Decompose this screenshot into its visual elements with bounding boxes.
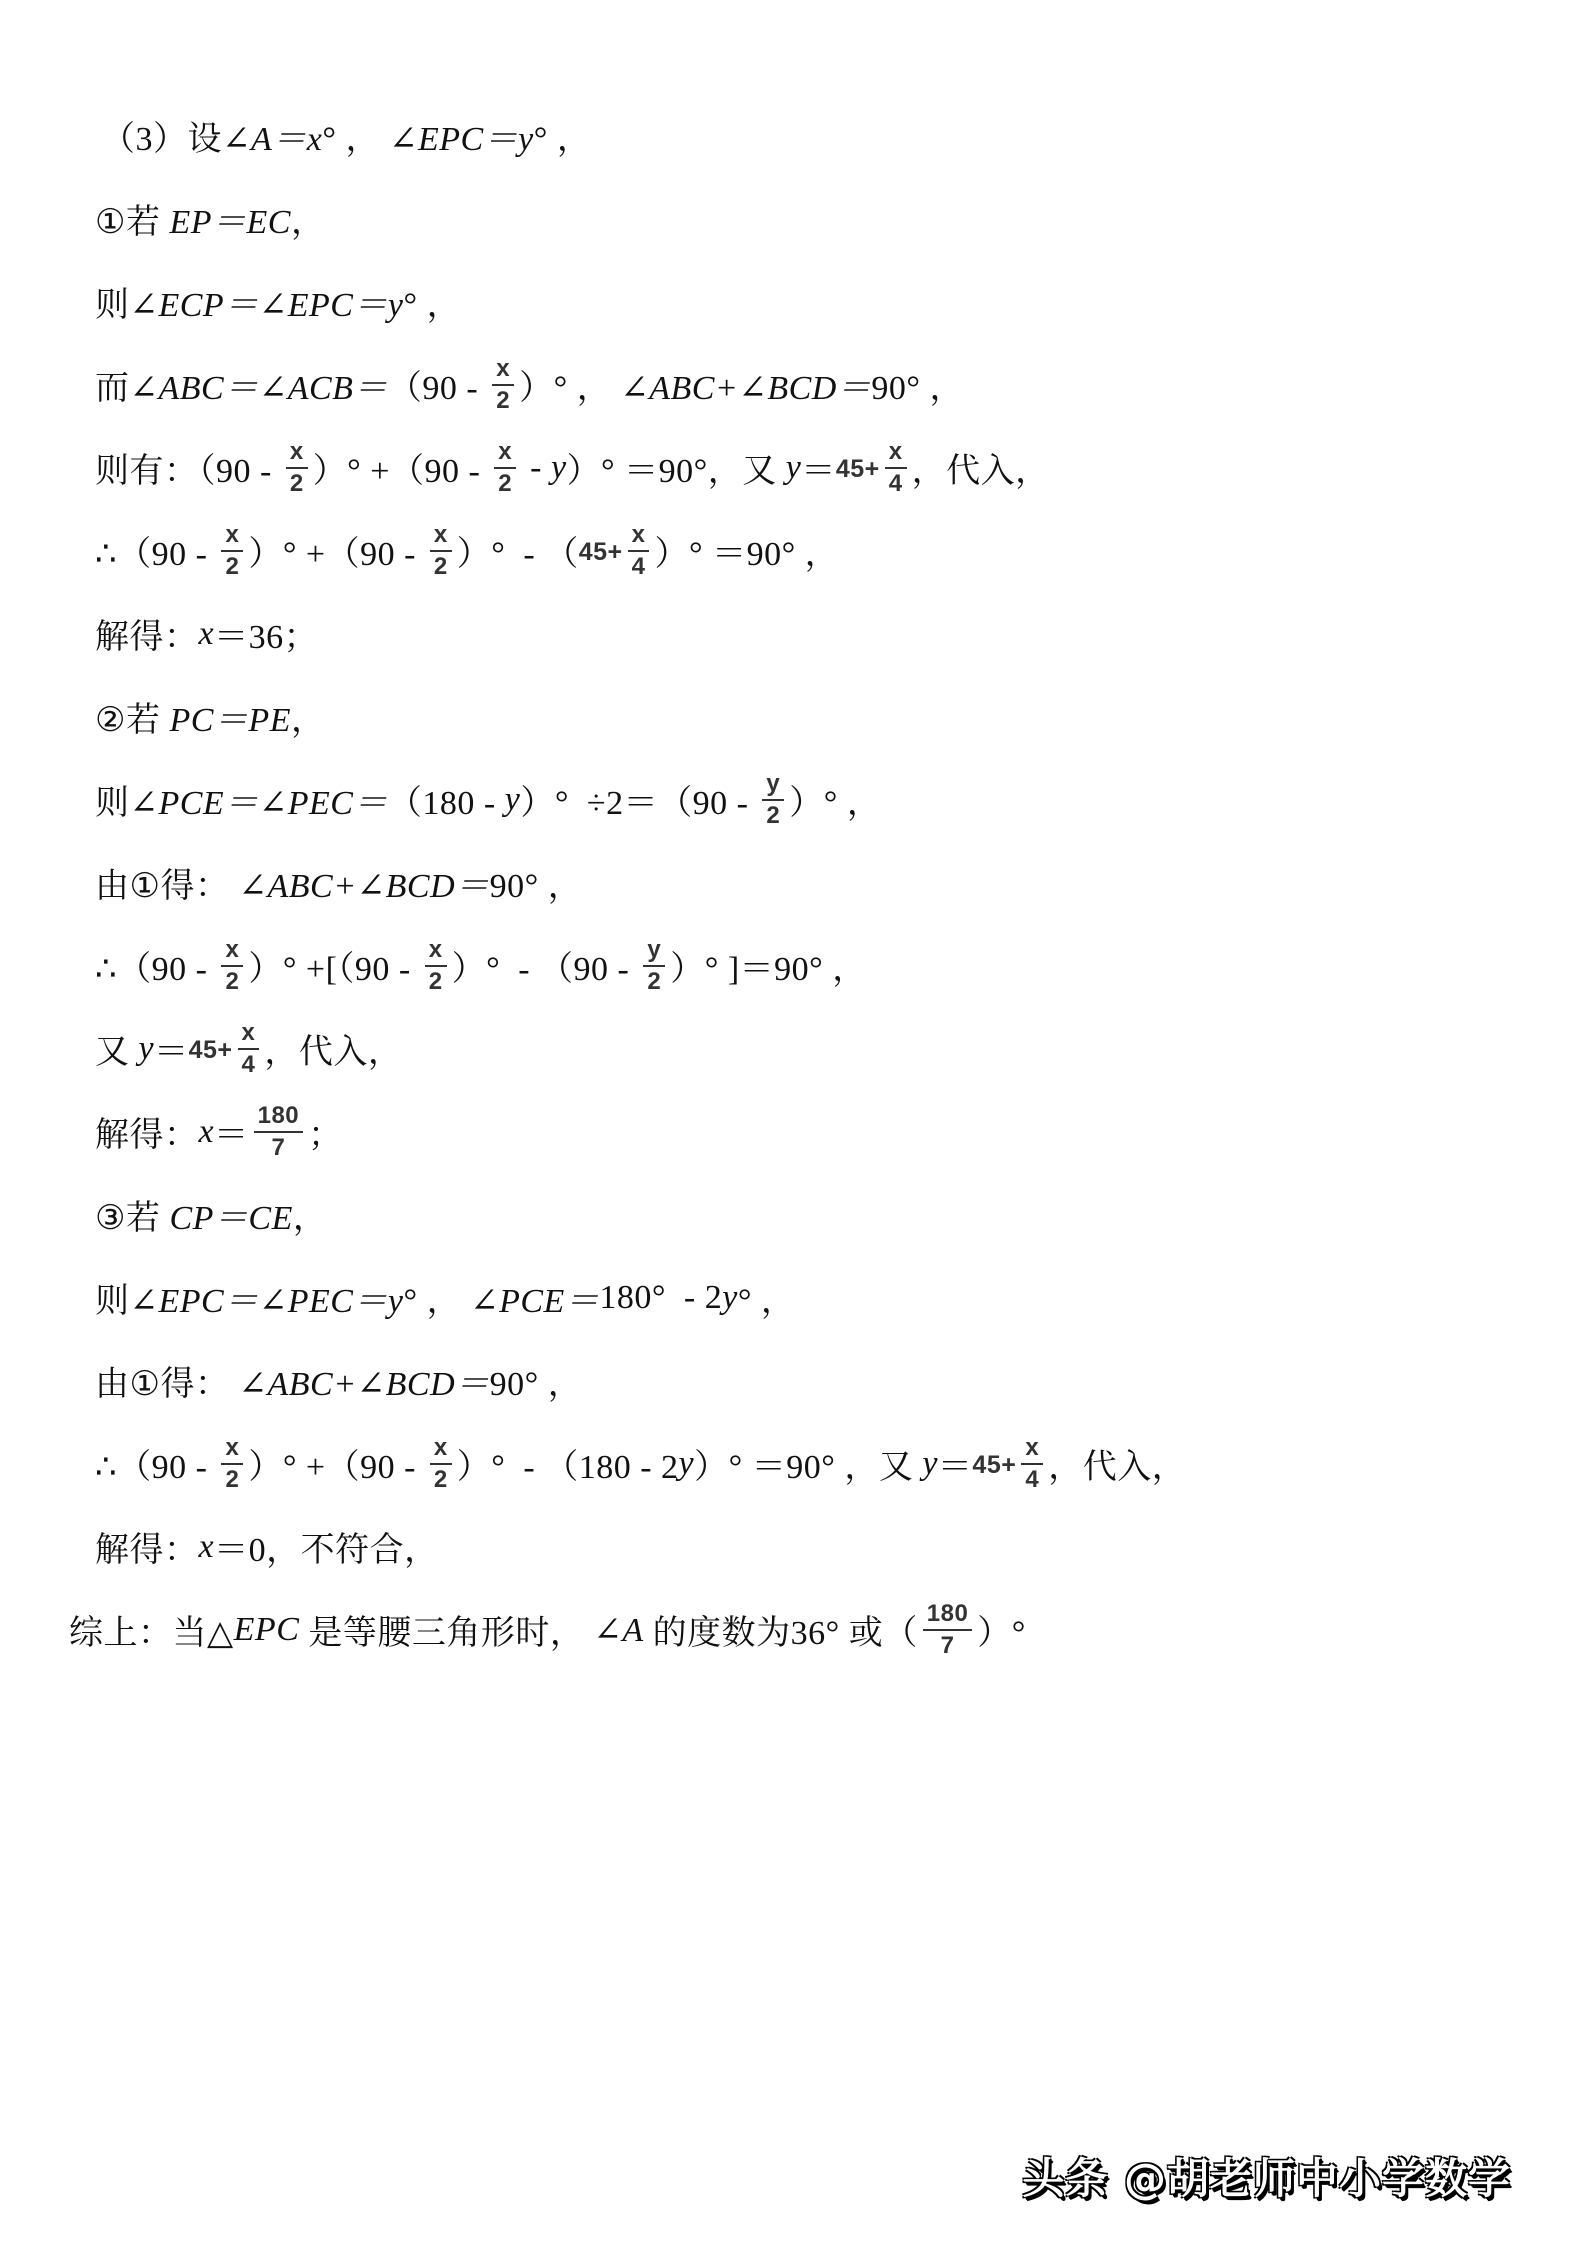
fraction: x2 <box>221 1435 243 1493</box>
text-segment: 而 <box>95 360 130 409</box>
text-segment: ° ， <box>534 111 592 160</box>
fraction-numerator: x <box>238 1020 260 1050</box>
math-segment: ∠EPC＝∠PEC＝y <box>130 1273 404 1322</box>
text-segment: ，代入， <box>264 1024 402 1073</box>
text-segment: 90° ， <box>490 1356 583 1405</box>
text-segment: ， <box>293 1190 328 1239</box>
fraction: x4 <box>1021 1435 1043 1493</box>
fraction-numerator: y <box>643 937 665 967</box>
fraction-numerator: x <box>430 1435 452 1465</box>
text-segment: ）° +（90 - <box>313 443 490 492</box>
fraction-denominator: 4 <box>889 469 903 497</box>
text-segment: ）° ＝90°，又 <box>567 443 786 492</box>
fraction-numerator: x <box>221 937 243 967</box>
text-segment: 是等腰三角形时， <box>299 1605 593 1654</box>
text-segment: ° ， <box>322 111 389 160</box>
fraction-numerator: x <box>221 522 243 552</box>
text-segment: （3）设 <box>101 111 222 160</box>
math-segment: ∠A <box>593 1610 643 1650</box>
fraction-numerator: x <box>1021 1435 1043 1465</box>
line-setup-variables: （3）设∠A＝x° ， ∠EPC＝y° ， <box>101 94 1555 177</box>
text-segment: ③若 <box>95 1190 169 1239</box>
fraction-numerator: 180 <box>254 1103 304 1133</box>
text-segment: ° ， <box>738 1273 796 1322</box>
text-segment: 由①得： <box>95 858 238 907</box>
text-segment: ②若 <box>95 692 169 741</box>
text-segment: 90° ， <box>490 858 583 907</box>
fraction: x2 <box>430 522 452 580</box>
fraction: x2 <box>221 522 243 580</box>
text-segment: ＝ <box>214 1107 249 1156</box>
text-segment: 45+ <box>579 538 623 567</box>
text-segment: ＝ <box>801 443 836 492</box>
line-case2-equation: ∴（90 - x2）° +[（90 - x2）° - （90 - y2）° ]＝… <box>95 924 1555 1007</box>
math-segment: y <box>786 449 802 487</box>
fraction-denominator: 4 <box>242 1050 256 1078</box>
fraction-denominator: 2 <box>225 552 239 580</box>
fraction-denominator: 4 <box>1025 1465 1039 1493</box>
text-segment: ）° ＝90° ，又 <box>694 1439 922 1488</box>
line-case3-condition: ③若 CP＝CE， <box>95 1173 1555 1256</box>
line-case2-solution: 解得：x＝1807； <box>95 1090 1555 1173</box>
fraction-denominator: 2 <box>290 469 304 497</box>
fraction-denominator: 2 <box>225 967 239 995</box>
text-segment: ）° +[（90 - <box>248 941 419 990</box>
text-segment: ° ， <box>404 1273 471 1322</box>
text-segment: 45+ <box>972 1451 1016 1480</box>
fraction: x4 <box>238 1020 260 1078</box>
line-case3-from1: 由①得： ∠ABC+∠BCD＝90° ， <box>95 1339 1555 1422</box>
text-segment: 90° ， <box>871 360 964 409</box>
fraction-numerator: x <box>628 522 650 552</box>
line-case1-angles: 则∠ECP＝∠EPC＝y° ， <box>95 260 1555 343</box>
fraction: x2 <box>425 937 447 995</box>
fraction: x4 <box>885 439 907 497</box>
watermark-text: 头条 @胡老师中小学数学 <box>1022 2146 1511 2206</box>
text-segment: ）° ， <box>789 775 881 824</box>
math-segment: ∠PCE＝∠PEC＝ <box>130 775 388 824</box>
math-segment: y <box>922 1445 938 1483</box>
text-segment: ＝ <box>938 1439 973 1488</box>
fraction-numerator: 180 <box>923 1601 973 1631</box>
math-segment: EP＝EC <box>169 194 290 243</box>
text-segment: ； <box>308 1107 343 1156</box>
text-segment: ，代入， <box>912 443 1050 492</box>
line-case1-substituted: ∴（90 - x2）° +（90 - x2）° - （45+x4）° ＝90° … <box>95 509 1555 592</box>
text-segment: 则 <box>95 775 130 824</box>
fraction-denominator: 2 <box>434 552 448 580</box>
fraction: y2 <box>762 771 784 829</box>
math-segment: y <box>551 449 567 487</box>
text-segment: ）° - （180 - 2 <box>457 1439 679 1488</box>
text-segment: ）° ÷2＝（90 - <box>520 775 757 824</box>
text-segment: ）° ＝90° ， <box>654 526 839 575</box>
text-segment: 解得： <box>95 1107 199 1156</box>
math-segment: ∠ECP＝∠EPC＝y <box>130 277 404 326</box>
fraction-numerator: x <box>430 522 452 552</box>
text-segment: ）° <box>977 1605 1026 1654</box>
line-case1-solution: 解得：x＝36； <box>95 592 1555 675</box>
fraction-denominator: 2 <box>498 469 512 497</box>
line-case3-solution: 解得：x＝0，不符合， <box>95 1505 1555 1588</box>
math-segment: ∠PCE＝ <box>470 1273 599 1322</box>
fraction-numerator: x <box>885 439 907 469</box>
fraction: x2 <box>430 1435 452 1493</box>
fraction-denominator: 7 <box>941 1631 955 1659</box>
math-segment: y <box>722 1279 738 1317</box>
fraction-denominator: 2 <box>225 1465 239 1493</box>
math-segment: x <box>199 1528 215 1566</box>
text-segment: ∴（90 - <box>95 941 216 990</box>
text-segment: ）° - （90 - <box>452 941 639 990</box>
text-segment: 的度数为36° 或（ <box>644 1605 918 1654</box>
fraction: 1807 <box>254 1103 304 1161</box>
text-segment: ）° - （ <box>457 526 579 575</box>
line-case2-angles: 则∠PCE＝∠PEC＝（180 - y）° ÷2＝（90 - y2）° ， <box>95 758 1555 841</box>
math-segment: ∠EPC＝y <box>389 111 534 160</box>
math-segment: EPC <box>234 1611 300 1649</box>
math-segment: CP＝CE <box>169 1190 292 1239</box>
text-segment: ∴（90 - <box>95 1439 216 1488</box>
fraction-numerator: x <box>286 439 308 469</box>
text-segment: ， <box>291 194 326 243</box>
text-segment: 45+ <box>836 455 880 484</box>
text-segment: 则 <box>95 277 130 326</box>
line-case3-equation: ∴（90 - x2）° +（90 - x2）° - （180 - 2y）° ＝9… <box>95 1422 1555 1505</box>
text-segment: ° ， <box>404 277 462 326</box>
fraction-denominator: 4 <box>632 552 646 580</box>
text-segment: ，代入， <box>1048 1439 1186 1488</box>
fraction: x4 <box>628 522 650 580</box>
text-segment: 解得： <box>95 1522 199 1571</box>
fraction: x2 <box>492 356 514 414</box>
fraction-denominator: 2 <box>429 967 443 995</box>
math-segment: x <box>199 615 215 653</box>
text-segment: 45+ <box>189 1036 233 1065</box>
fraction-denominator: 2 <box>496 386 510 414</box>
fraction-denominator: 2 <box>766 801 780 829</box>
text-segment: 则有：（90 - <box>95 443 281 492</box>
text-segment: 则 <box>95 1273 130 1322</box>
math-segment: ∠ABC＝∠ACB＝ <box>130 360 388 409</box>
text-segment: 由①得： <box>95 1356 238 1405</box>
text-segment: 综上：当△ <box>69 1605 234 1654</box>
text-segment: 180° - 2 <box>599 1279 722 1317</box>
text-segment: 解得： <box>95 609 199 658</box>
fraction-numerator: x <box>492 356 514 386</box>
math-segment: x <box>199 1113 215 1151</box>
text-segment: ∴（90 - <box>95 526 216 575</box>
math-segment: ∠ABC+∠BCD＝ <box>238 1356 489 1405</box>
line-conclusion: 综上：当△EPC 是等腰三角形时， ∠A 的度数为36° 或（1807）° <box>69 1588 1555 1671</box>
math-segment: ∠ABC+∠BCD＝ <box>238 858 489 907</box>
fraction-denominator: 7 <box>271 1133 285 1161</box>
text-segment: ， <box>291 692 326 741</box>
line-case1-abc-acb: 而∠ABC＝∠ACB＝（90 - x2）° ， ∠ABC+∠BCD＝90° ， <box>95 343 1555 426</box>
fraction: x2 <box>494 439 516 497</box>
math-segment: ∠ABC+∠BCD＝ <box>620 360 871 409</box>
fraction-numerator: y <box>762 771 784 801</box>
text-segment: 又 <box>95 1024 139 1073</box>
text-segment: ＝0，不符合， <box>214 1522 439 1571</box>
line-case2-substitute: 又 y＝45+x4，代入， <box>95 1007 1555 1090</box>
fraction-numerator: x <box>221 1435 243 1465</box>
text-segment: ①若 <box>95 194 169 243</box>
line-case3-angles: 则∠EPC＝∠PEC＝y° ， ∠PCE＝180° - 2y° ， <box>95 1256 1555 1339</box>
line-case2-from1: 由①得： ∠ABC+∠BCD＝90° ， <box>95 841 1555 924</box>
text-segment: - <box>521 449 551 487</box>
text-segment: ）° ]＝90° ， <box>670 941 867 990</box>
fraction-denominator: 2 <box>647 967 661 995</box>
line-case2-condition: ②若 PC＝PE， <box>95 675 1555 758</box>
math-segment: y <box>505 781 521 819</box>
line-case1-equation: 则有：（90 - x2）° +（90 - x2 - y）° ＝90°，又 y＝4… <box>95 426 1555 509</box>
fraction: 1807 <box>923 1601 973 1659</box>
fraction-numerator: x <box>425 937 447 967</box>
text-segment: ）° ， <box>519 360 620 409</box>
text-segment: （180 - <box>388 775 505 824</box>
math-segment: y <box>679 1445 695 1483</box>
text-segment: ）° +（90 - <box>248 1439 425 1488</box>
fraction-denominator: 2 <box>434 1465 448 1493</box>
line-case1-condition: ①若 EP＝EC， <box>95 177 1555 260</box>
text-segment: （90 - <box>388 360 487 409</box>
text-segment: ＝ <box>154 1024 189 1073</box>
text-segment: ＝36； <box>214 609 318 658</box>
fraction: x2 <box>286 439 308 497</box>
math-solution-document: （3）设∠A＝x° ， ∠EPC＝y° ，①若 EP＝EC，则∠ECP＝∠EPC… <box>95 94 1555 1671</box>
fraction: x2 <box>221 937 243 995</box>
math-segment: PC＝PE <box>169 692 290 741</box>
math-segment: y <box>139 1030 155 1068</box>
fraction: y2 <box>643 937 665 995</box>
math-segment: ∠A＝x <box>222 111 322 160</box>
fraction-numerator: x <box>494 439 516 469</box>
text-segment: ）° +（90 - <box>248 526 425 575</box>
